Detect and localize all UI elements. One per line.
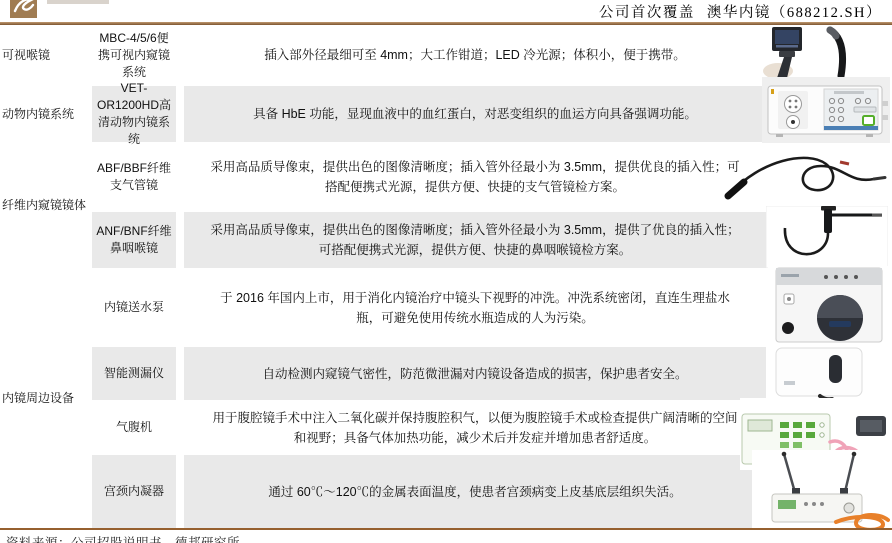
product-name: ABF/BBF纤维支气管镜	[92, 142, 176, 212]
smart-leak-tester-photo	[772, 347, 868, 399]
page-header-title: 公司首次覆盖 澳华内镜（688212.SH）	[599, 1, 882, 22]
product-description: 自动检测内窥镜气密性，防范微泄漏对内镜设备造成的损害，保护患者安全。	[184, 347, 766, 400]
product-description: 采用高品质导像束，提供出色的图像清晰度；插入管外径最小为 3.5mm，提供了优良…	[184, 212, 766, 268]
endoscope-water-pump-photo	[768, 266, 890, 346]
product-description: 采用高品质导像束，提供出色的图像清晰度；插入管外径最小为 3.5mm，提供优良的…	[184, 142, 766, 212]
product-description: 用于腹腔镜手术中注入二氧化碳并保持腹腔积气，以便为腹腔镜手术或检查提供广阔清晰的…	[184, 400, 766, 455]
product-name: 气腹机	[92, 400, 176, 455]
product-name: 宫颈内凝器	[92, 455, 176, 528]
tebon-logo	[10, 0, 37, 18]
table-row: 智能测漏仪 自动检测内窥镜气密性，防范微泄漏对内镜设备造成的损害，保护患者安全。	[0, 347, 892, 400]
table-row: 内镜送水泵 于 2016 年国内上市，用于消化内镜治疗中镜头下视野的冲洗。冲洗系…	[0, 268, 892, 347]
portable-videoscope-photo	[726, 26, 886, 80]
product-description: 插入部外径最细可至 4mm；大工作钳道；LED 冷光源；体积小，便于携带。	[184, 24, 766, 86]
tebon-logo-glyph	[10, 0, 37, 18]
product-name: VET-OR1200HD高清动物内镜系统	[92, 86, 176, 142]
source-note: 资料来源：公司招股说明书，德邦研究所	[6, 533, 240, 543]
table-row: ANF/BNF纤维鼻咽喉镜 采用高品质导像束，提供出色的图像清晰度；插入管外径最…	[0, 212, 892, 268]
company-and-ticker: 澳华内镜（688212.SH）	[707, 1, 882, 22]
product-name: ANF/BNF纤维鼻咽喉镜	[92, 212, 176, 268]
fiber-bronchoscope-photo	[722, 148, 888, 210]
logo-wordmark-cropped	[47, 0, 109, 4]
fiber-nasopharyngoscope-photo	[766, 206, 888, 268]
product-name: 智能测漏仪	[92, 347, 176, 400]
table-row: VET-OR1200HD高清动物内镜系统 具备 HbE 功能，显现血液中的血红蛋…	[0, 86, 892, 142]
product-description: 于 2016 年国内上市，用于消化内镜治疗中镜头下视野的冲洗。冲洗系统密闭，直连…	[184, 268, 766, 347]
product-description: 具备 HbE 功能，显现血液中的血红蛋白，对恶变组织的血运方向具备强调功能。	[184, 86, 766, 142]
veterinary-endoscope-system-photo	[762, 77, 890, 143]
report-type-label: 公司首次覆盖	[599, 1, 695, 22]
report-page: { "header": { "logo": "tebon-securities-…	[0, 0, 892, 543]
cervical-coagulator-photo	[752, 450, 890, 528]
product-description: 通过 60℃～120℃的金属表面温度，使患者宫颈病变上皮基底层组织失活。	[184, 455, 766, 528]
product-name: 内镜送水泵	[92, 268, 176, 347]
product-name: MBC-4/5/6便携可视内窥镜系统	[92, 24, 176, 86]
footer-divider-rule	[0, 528, 892, 530]
